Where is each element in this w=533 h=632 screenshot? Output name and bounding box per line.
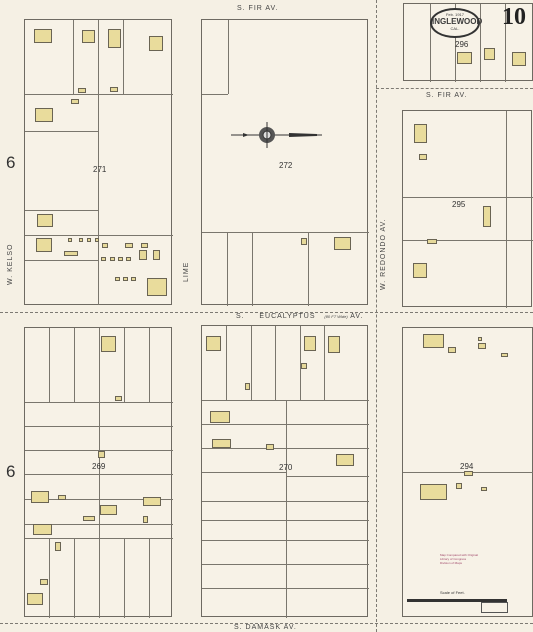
outbuilding: [71, 99, 79, 104]
block-271[interactable]: [24, 19, 172, 305]
building: [420, 484, 447, 500]
outbuilding: [101, 257, 106, 261]
adjacent-sheet-ref-top: 6: [6, 153, 15, 173]
adjacent-sheet-ref-bottom: 6: [6, 462, 15, 482]
building: [82, 30, 95, 43]
block-269[interactable]: [24, 327, 172, 617]
block-number: 295: [452, 200, 465, 209]
outbuilding: [301, 238, 307, 245]
building: [35, 108, 53, 122]
outbuilding: [58, 495, 66, 500]
street-label-kelso: W. KELSO: [7, 244, 14, 285]
building: [206, 336, 221, 351]
building: [147, 278, 167, 296]
outbuilding: [87, 238, 91, 242]
outbuilding: [478, 337, 482, 341]
block-number: 294: [460, 462, 473, 471]
street-label-fir-right: S. FIR AV.: [426, 92, 468, 99]
building: [100, 505, 117, 515]
city-title: INGLEWOOD: [432, 17, 478, 26]
outbuilding: [153, 250, 160, 260]
street-label-fir: S. FIR AV.: [237, 5, 279, 12]
street-edge-fir-right: [376, 88, 533, 89]
outbuilding: [464, 471, 473, 476]
building: [334, 237, 351, 250]
building: [31, 491, 49, 503]
outbuilding: [266, 444, 274, 450]
outbuilding: [115, 396, 122, 401]
outbuilding: [55, 542, 61, 551]
outbuilding: [481, 487, 487, 491]
outbuilding: [141, 243, 148, 248]
outbuilding: [110, 87, 118, 92]
building: [304, 336, 316, 351]
building: [37, 214, 53, 227]
outbuilding: [131, 277, 136, 281]
building: [336, 454, 354, 466]
building: [33, 524, 52, 535]
building: [149, 36, 163, 51]
sheet-divider-vertical: [376, 0, 377, 632]
outbuilding: [118, 257, 123, 261]
north-arrow-compass-icon: [229, 120, 324, 150]
outbuilding: [125, 243, 133, 248]
building: [27, 593, 43, 605]
building: [36, 238, 52, 252]
scale-legend-box: [481, 602, 508, 613]
scale-label: Scale of Feet.: [440, 590, 465, 595]
block-number: 269: [92, 462, 105, 471]
outbuilding: [79, 238, 83, 242]
map-sheet: 271 272 296 Feb. 1917 INGLEWOOD CAL. 10: [0, 0, 533, 632]
outbuilding: [139, 250, 147, 260]
outbuilding: [448, 347, 456, 353]
outbuilding: [110, 257, 115, 261]
building: [210, 411, 230, 423]
outbuilding: [123, 277, 128, 281]
building: [414, 124, 427, 143]
block-number: 272: [279, 161, 292, 170]
outbuilding: [143, 516, 148, 523]
outbuilding: [245, 383, 250, 390]
outbuilding: [115, 277, 120, 281]
street-label-redondo: W. REDONDO AV.: [380, 218, 387, 290]
outbuilding: [126, 257, 131, 261]
street-label-damask: S. DAMASK AV.: [234, 624, 297, 631]
outbuilding: [419, 154, 427, 160]
archive-stamp: Map Compared with Original Library of Co…: [440, 553, 478, 565]
outbuilding: [478, 343, 486, 349]
street-label-lime: LIME: [183, 262, 190, 282]
block-number: 270: [279, 463, 292, 472]
building: [108, 29, 121, 48]
outbuilding: [95, 238, 99, 242]
outbuilding: [83, 516, 95, 521]
outbuilding: [98, 451, 105, 458]
outbuilding: [68, 238, 72, 242]
building: [212, 439, 231, 448]
building: [457, 52, 472, 64]
outbuilding: [40, 579, 48, 585]
building: [484, 48, 495, 60]
building: [413, 263, 427, 278]
building: [423, 334, 444, 348]
outbuilding: [427, 239, 437, 244]
outbuilding: [78, 88, 86, 93]
building: [143, 497, 161, 506]
outbuilding: [301, 363, 307, 369]
sheet-number: 10: [502, 4, 526, 31]
block-number: 271: [93, 165, 106, 174]
block-number: 296: [455, 40, 468, 49]
outbuilding: [501, 353, 508, 357]
building: [34, 29, 52, 43]
outbuilding: [64, 251, 78, 256]
building: [328, 336, 340, 353]
outbuilding: [456, 483, 462, 489]
outbuilding: [102, 243, 108, 248]
building: [483, 206, 491, 227]
building: [512, 52, 526, 66]
building: [101, 336, 116, 352]
street-label-eucalyptus: S. EUCALYPTUS (80 FT Wide) AV.: [236, 313, 363, 320]
title-cartouche: Feb. 1917 INGLEWOOD CAL.: [430, 8, 480, 38]
